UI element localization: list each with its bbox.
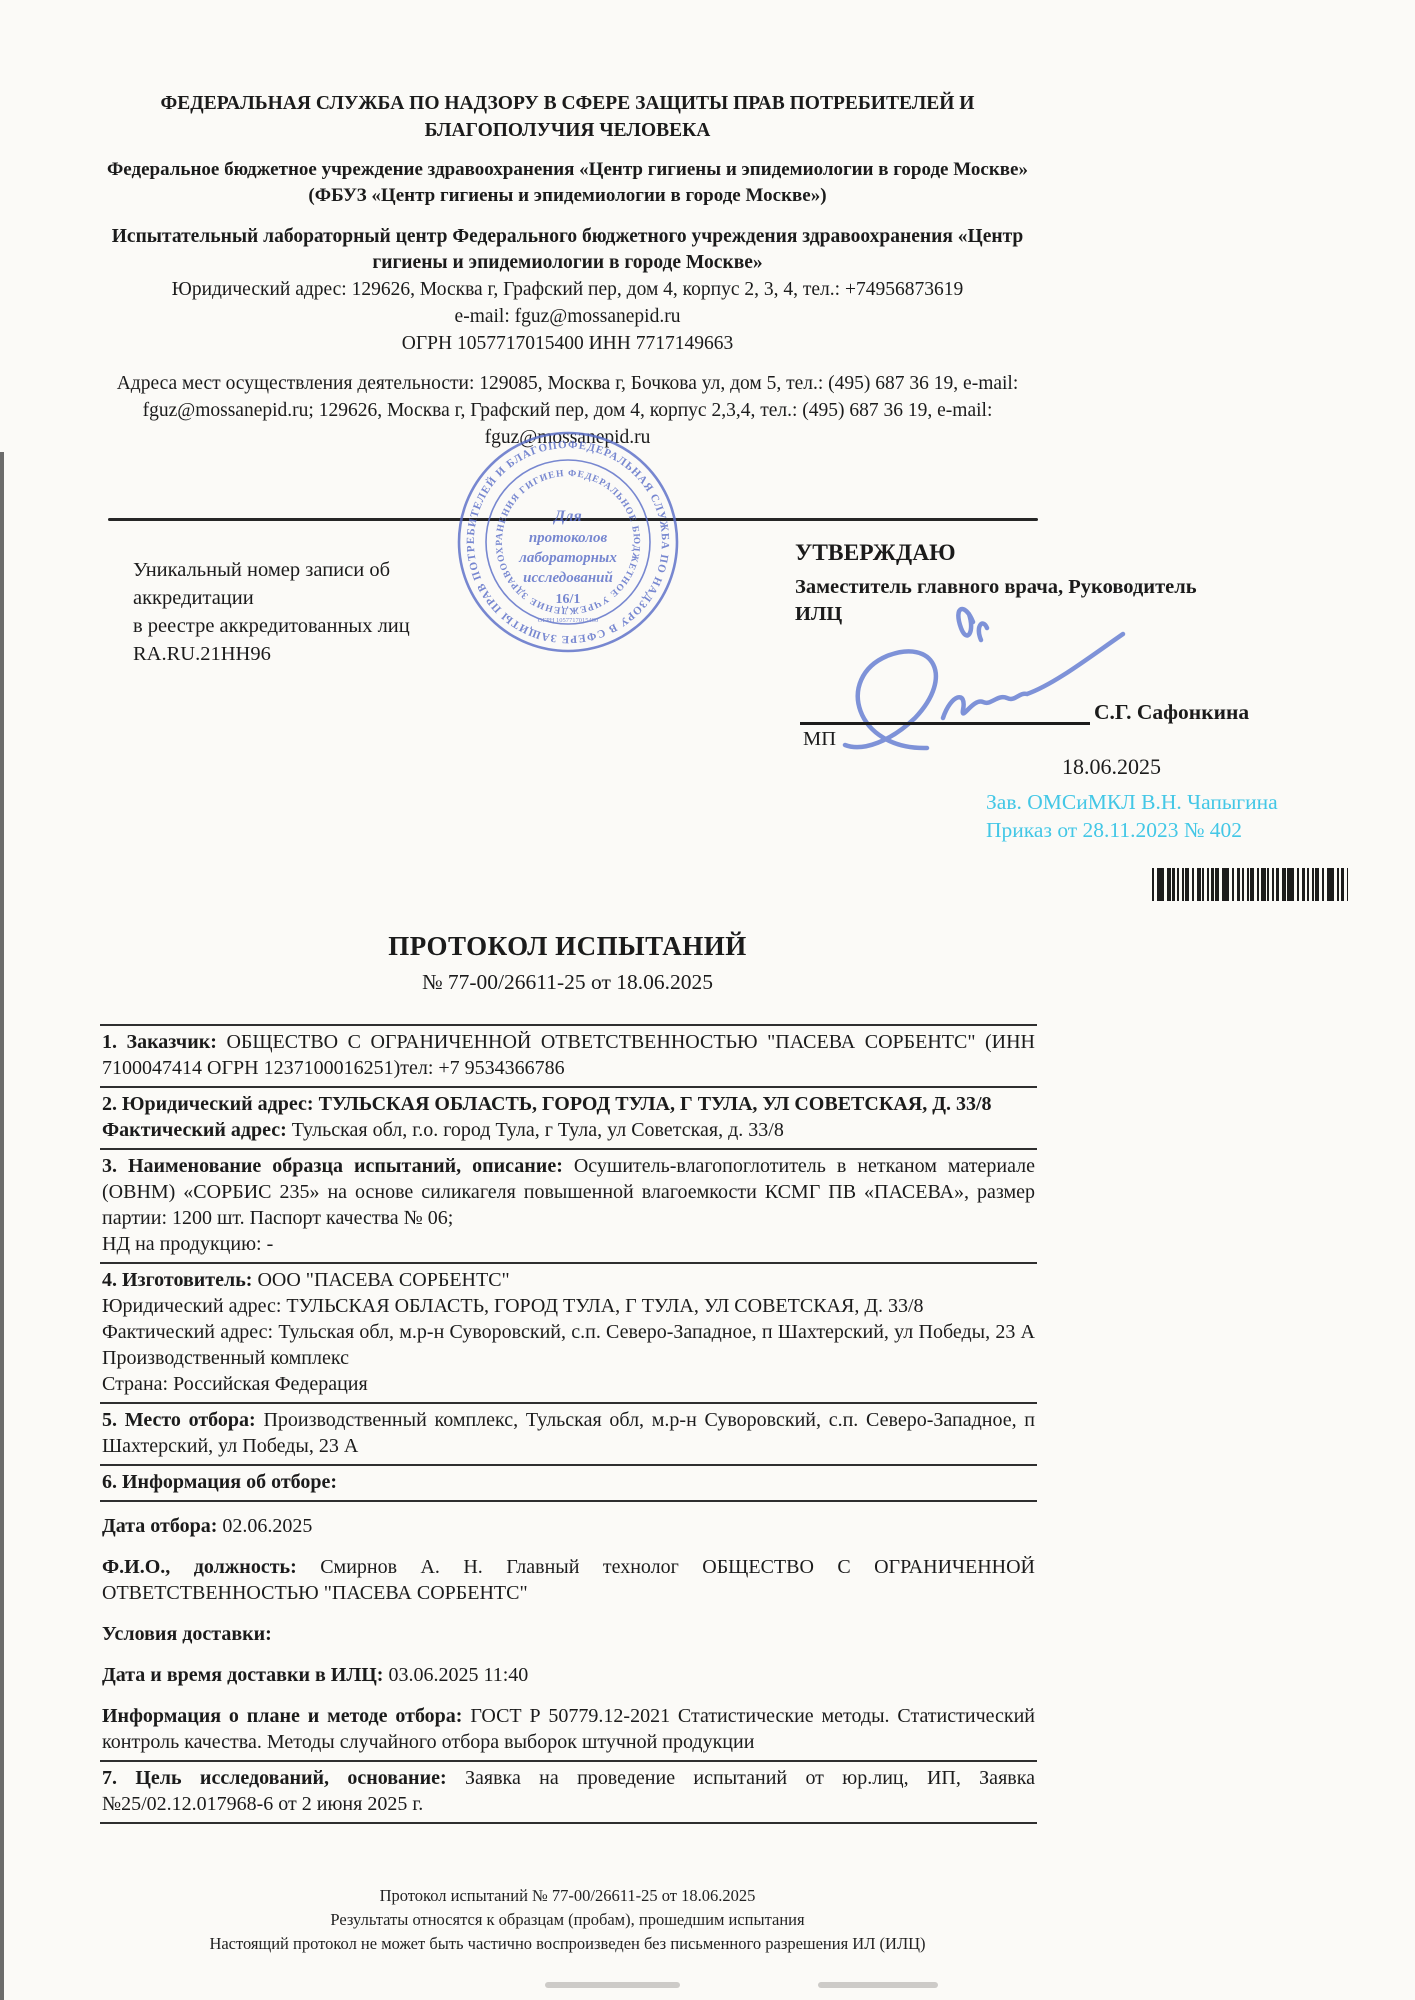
section-customer-label: 1. Заказчик: xyxy=(102,1031,217,1053)
lab-center-name: Испытательный лабораторный центр Федерал… xyxy=(100,224,1035,276)
sample-name-label: 3. Наименование образца испытаний, описа… xyxy=(102,1155,563,1177)
section-sample-name: 3. Наименование образца испытаний, описа… xyxy=(100,1150,1037,1264)
delivery-datetime-row: Дата и время доставки в ИЛЦ: 03.06.2025 … xyxy=(100,1651,1037,1692)
actual-address-value: Тульская обл, г.о. город Тула, г Тула, у… xyxy=(292,1119,784,1141)
legal-address-label: 2. Юридический адрес: xyxy=(102,1093,314,1115)
section-sampling-place: 5. Место отбора: Производственный компле… xyxy=(100,1404,1037,1466)
section-manufacturer: 4. Изготовитель: ООО "ПАСЕВА СОРБЕНТС" Ю… xyxy=(100,1264,1037,1404)
stamp-center-line4: исследований xyxy=(523,570,613,586)
sampling-place-label: 5. Место отбора: xyxy=(102,1409,256,1431)
approver-name: С.Г. Сафонкина xyxy=(1094,700,1249,725)
handwritten-signature xyxy=(815,598,1135,776)
page-footer: Протокол испытаний № 77-00/26611-25 от 1… xyxy=(100,1884,1035,1956)
secondary-facsimile-stamp: Зав. ОМСиМКЛ В.Н. Чапыгина Приказ от 28.… xyxy=(986,788,1278,844)
signature-flourish xyxy=(958,609,973,635)
sampling-method-label: Информация о плане и методе отбора: xyxy=(102,1705,462,1727)
nd-product-label: НД на продукцию: xyxy=(102,1233,262,1255)
footer-protocol-number: Протокол испытаний № 77-00/26611-25 от 1… xyxy=(100,1884,1035,1908)
delivery-datetime-value: 03.06.2025 11:40 xyxy=(388,1664,528,1686)
delivery-datetime-label: Дата и время доставки в ИЛЦ: xyxy=(102,1664,383,1686)
section-sampling-info-header: 6. Информация об отборе: xyxy=(100,1466,1037,1502)
scan-edge-artifact xyxy=(0,452,4,2000)
manufacturer-label: 4. Изготовитель: xyxy=(102,1269,252,1291)
manufacturer-legal-address: Юридический адрес: ТУЛЬСКАЯ ОБЛАСТЬ, ГОР… xyxy=(102,1293,1035,1319)
nd-product-line: НД на продукцию: - xyxy=(102,1231,1035,1257)
protocol-title: ПРОТОКОЛ ИСПЫТАНИЙ xyxy=(100,931,1035,962)
sample-description-line: 3. Наименование образца испытаний, описа… xyxy=(102,1153,1035,1231)
sampling-method-row: Информация о плане и методе отбора: ГОСТ… xyxy=(100,1692,1037,1762)
signature-tick xyxy=(979,624,987,640)
section-research-purpose: 7. Цель исследований, основание: Заявка … xyxy=(100,1762,1037,1824)
facsimile-line1: Зав. ОМСиМКЛ В.Н. Чапыгина xyxy=(986,788,1278,816)
document-header: ФЕДЕРАЛЬНАЯ СЛУЖБА ПО НАДЗОРУ В СФЕРЕ ЗА… xyxy=(100,90,1035,451)
sampling-date-label: Дата отбора: xyxy=(102,1515,217,1537)
protocol-number: № 77-00/26611-25 от 18.06.2025 xyxy=(100,970,1035,995)
sampler-name-label: Ф.И.О., должность: xyxy=(102,1556,297,1578)
legal-address: Юридический адрес: 129626, Москва г, Гра… xyxy=(100,276,1035,303)
protocol-sections: 1. Заказчик: ОБЩЕСТВО С ОГРАНИЧЕННОЙ ОТВ… xyxy=(100,1024,1037,1824)
section-legal-address: 2. Юридический адрес: ТУЛЬСКАЯ ОБЛАСТЬ, … xyxy=(100,1088,1037,1150)
manufacturer-country: Страна: Российская Федерация xyxy=(102,1371,1035,1397)
footer-results-note: Результаты относятся к образцам (пробам)… xyxy=(100,1908,1035,1932)
federal-service-name: ФЕДЕРАЛЬНАЯ СЛУЖБА ПО НАДЗОРУ В СФЕРЕ ЗА… xyxy=(100,90,1035,144)
sampling-info-label: 6. Информация об отборе: xyxy=(102,1471,337,1493)
header-email: e-mail: fguz@mossanepid.ru xyxy=(100,303,1035,330)
ogrn-inn: ОГРН 1057717015400 ИНН 7717149663 xyxy=(100,330,1035,357)
delivery-conditions-row: Условия доставки: xyxy=(100,1610,1037,1651)
institution-name: Федеральное бюджетное учреждение здравоо… xyxy=(100,157,1035,209)
stamp-center-line2: протоколов xyxy=(529,530,608,546)
approve-date: 18.06.2025 xyxy=(1062,754,1161,780)
actual-address-label: Фактический адрес: xyxy=(102,1119,287,1141)
section-customer-value: ОБЩЕСТВО С ОГРАНИЧЕННОЙ ОТВЕТСТВЕННОСТЬЮ… xyxy=(102,1031,1035,1079)
stamp-center-number: 16/1 xyxy=(556,592,581,607)
signature-line xyxy=(800,722,1090,725)
round-blue-stamp: ФЕДЕРАЛЬНАЯ СЛУЖБА ПО НАДЗОРУ В СФЕРЕ ЗА… xyxy=(452,426,684,658)
stamp-center-line1: Для xyxy=(552,508,581,525)
research-purpose-label: 7. Цель исследований, основание: xyxy=(102,1767,447,1789)
sampling-date-row: Дата отбора: 02.06.2025 xyxy=(100,1502,1037,1543)
footer-reproduction-note: Настоящий протокол не может быть частичн… xyxy=(100,1932,1035,1956)
scan-smudge-artifact xyxy=(818,1982,938,1988)
stamp-ogrn-text: ОГРН 1057717015400 xyxy=(538,617,599,624)
actual-address-line: Фактический адрес: Тульская обл, г.о. го… xyxy=(102,1117,1035,1143)
sampling-date-value: 02.06.2025 xyxy=(222,1515,312,1537)
nd-product-value: - xyxy=(267,1233,274,1255)
scan-smudge-artifact xyxy=(545,1982,680,1988)
legal-address-line: 2. Юридический адрес: ТУЛЬСКАЯ ОБЛАСТЬ, … xyxy=(102,1091,1035,1117)
manufacturer-line: 4. Изготовитель: ООО "ПАСЕВА СОРБЕНТС" xyxy=(102,1267,1035,1293)
scanned-test-protocol-page: ФЕДЕРАЛЬНАЯ СЛУЖБА ПО НАДЗОРУ В СФЕРЕ ЗА… xyxy=(0,0,1415,2000)
manufacturer-actual-address: Фактический адрес: Тульская обл, м.р-н С… xyxy=(102,1319,1035,1371)
signature-loop xyxy=(845,651,936,748)
manufacturer-value: ООО "ПАСЕВА СОРБЕНТС" xyxy=(257,1269,509,1291)
delivery-conditions-label: Условия доставки: xyxy=(102,1623,272,1645)
barcode xyxy=(1152,868,1348,901)
sampler-name-row: Ф.И.О., должность: Смирнов А. Н. Главный… xyxy=(100,1543,1037,1610)
stamp-place-label: МП xyxy=(803,728,836,751)
facsimile-line2: Приказ от 28.11.2023 № 402 xyxy=(986,816,1278,844)
stamp-center-line3: лабораторных xyxy=(518,550,617,566)
section-customer: 1. Заказчик: ОБЩЕСТВО С ОГРАНИЧЕННОЙ ОТВ… xyxy=(100,1024,1037,1088)
legal-address-value: ТУЛЬСКАЯ ОБЛАСТЬ, ГОРОД ТУЛА, Г ТУЛА, УЛ… xyxy=(319,1093,992,1115)
approve-heading: УТВЕРЖДАЮ xyxy=(795,540,956,567)
